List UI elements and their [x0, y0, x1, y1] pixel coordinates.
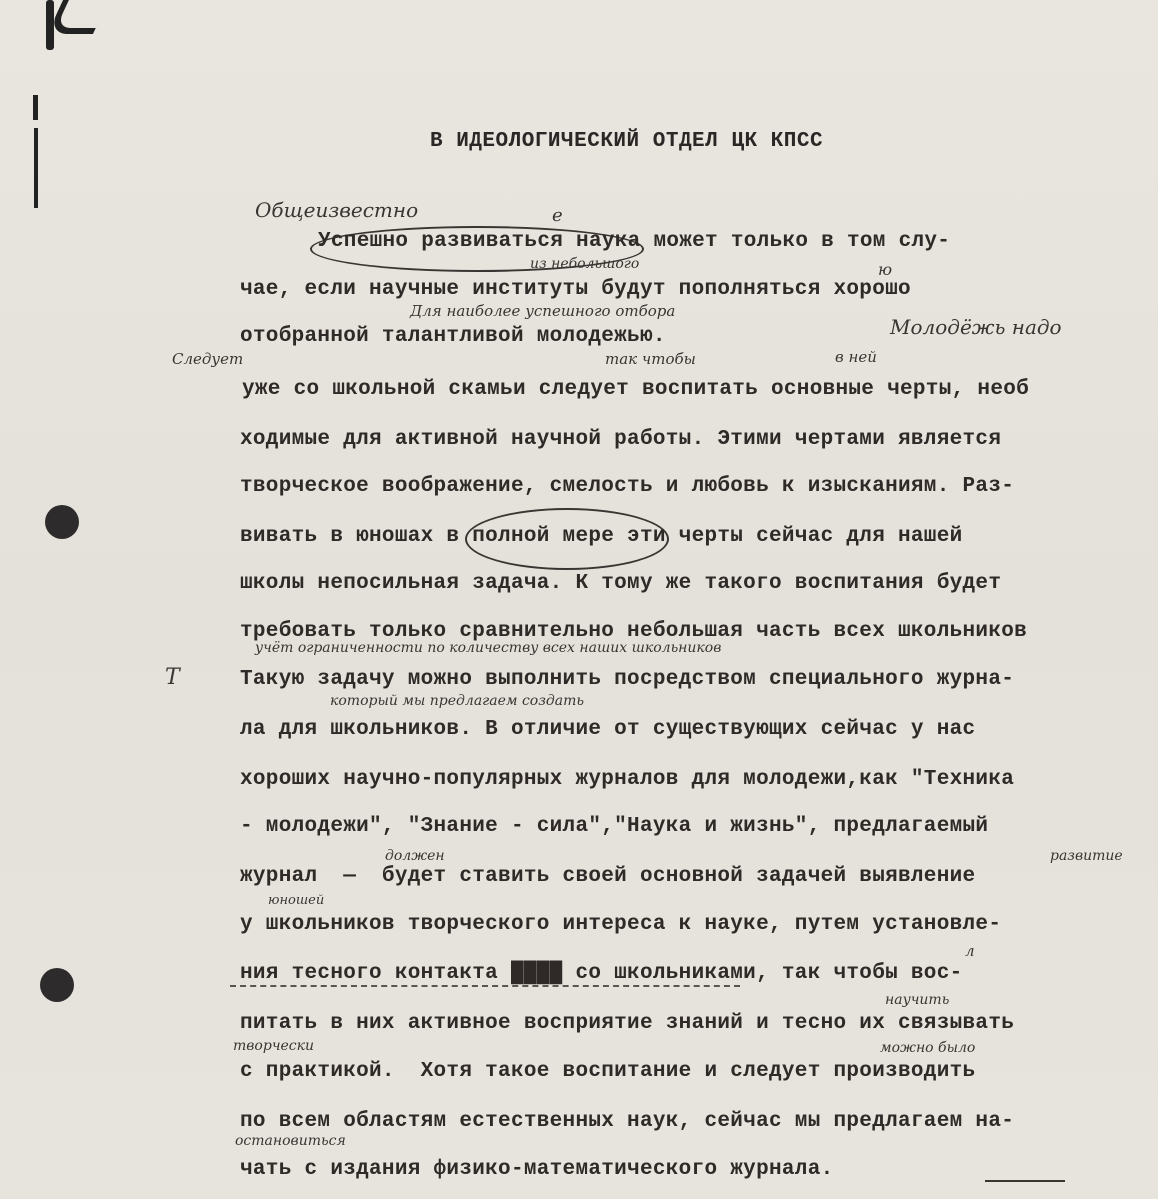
handwritten-note: Т — [165, 665, 180, 690]
margin-handwritten-mark — [47, 0, 109, 34]
typed-line: Такую задачу можно выполнить посредством… — [240, 668, 1014, 691]
closing-rule — [985, 1180, 1065, 1182]
handwritten-underline — [230, 985, 740, 987]
typed-line: творческое воображение, смелость и любов… — [240, 475, 1014, 498]
handwritten-note: юношей — [268, 893, 324, 908]
margin-bar-mark — [33, 95, 38, 120]
typed-line: чать с издания физико-математического жу… — [240, 1158, 834, 1181]
typed-line: журнал — будет ставить своей основной за… — [240, 865, 975, 888]
handwritten-note: в ней — [835, 348, 877, 366]
handwritten-note: научить — [885, 992, 949, 1008]
typed-line: ходимые для активной научной работы. Эти… — [240, 428, 1001, 451]
margin-handwritten-mark — [46, 0, 54, 50]
typed-line: у школьников творческого интереса к наук… — [240, 913, 1001, 936]
handwritten-note: развитие — [1050, 848, 1123, 864]
handwritten-note: творчески — [233, 1038, 314, 1054]
typed-line: чае, если научные институты будут пополн… — [240, 278, 911, 301]
margin-bar-mark — [34, 128, 38, 208]
handwritten-note: Следует — [172, 350, 243, 368]
handwritten-note: так чтобы — [605, 350, 696, 368]
handwritten-note: ю — [878, 260, 892, 279]
punch-hole — [45, 505, 79, 539]
typed-line: - молодежи", "Знание - сила","Наука и жи… — [240, 815, 988, 838]
typed-line: питать в них активное восприятие знаний … — [240, 1012, 1014, 1035]
typed-line: отобранной талантливой молодежью. — [240, 325, 666, 348]
typed-line: требовать только сравнительно небольшая … — [240, 620, 1027, 643]
typed-line: школы непосильная задача. К тому же тако… — [240, 572, 1001, 595]
handwritten-note: который мы предлагаем создать — [330, 693, 584, 709]
typed-line: хороших научно-популярных журналов для м… — [240, 768, 1014, 791]
typed-line: вивать в юношах в полной мере эти черты … — [240, 525, 963, 548]
document-title: В ИДЕОЛОГИЧЕСКИЙ ОТДЕЛ ЦК КПСС — [430, 130, 823, 153]
handwritten-note: можно было — [880, 1040, 975, 1056]
handwritten-note: Молодёжь надо — [890, 315, 1062, 339]
document-page: В ИДЕОЛОГИЧЕСКИЙ ОТДЕЛ ЦК КПСС Общеизвес… — [0, 0, 1158, 1199]
handwritten-note: е — [552, 205, 563, 226]
handwritten-note: л — [965, 942, 975, 960]
typed-line: с практикой. Хотя такое воспитание и сле… — [240, 1060, 975, 1083]
typed-line: по всем областям естественных наук, сейч… — [240, 1110, 1014, 1133]
handwritten-note: Для наиболее успешного отбора — [410, 302, 675, 320]
typed-line: Успешно развиваться наука может только в… — [318, 230, 950, 253]
handwritten-note: Общеизвестно — [255, 198, 418, 222]
handwritten-note: должен — [385, 848, 445, 864]
typed-line: уже со школьной скамьи следует воспитать… — [242, 378, 1029, 401]
handwritten-note: остановиться — [235, 1133, 346, 1149]
punch-hole — [40, 968, 74, 1002]
typed-line: ния тесного контакта ████ со школьниками… — [240, 962, 963, 985]
typed-line: ла для школьников. В отличие от существу… — [240, 718, 975, 741]
